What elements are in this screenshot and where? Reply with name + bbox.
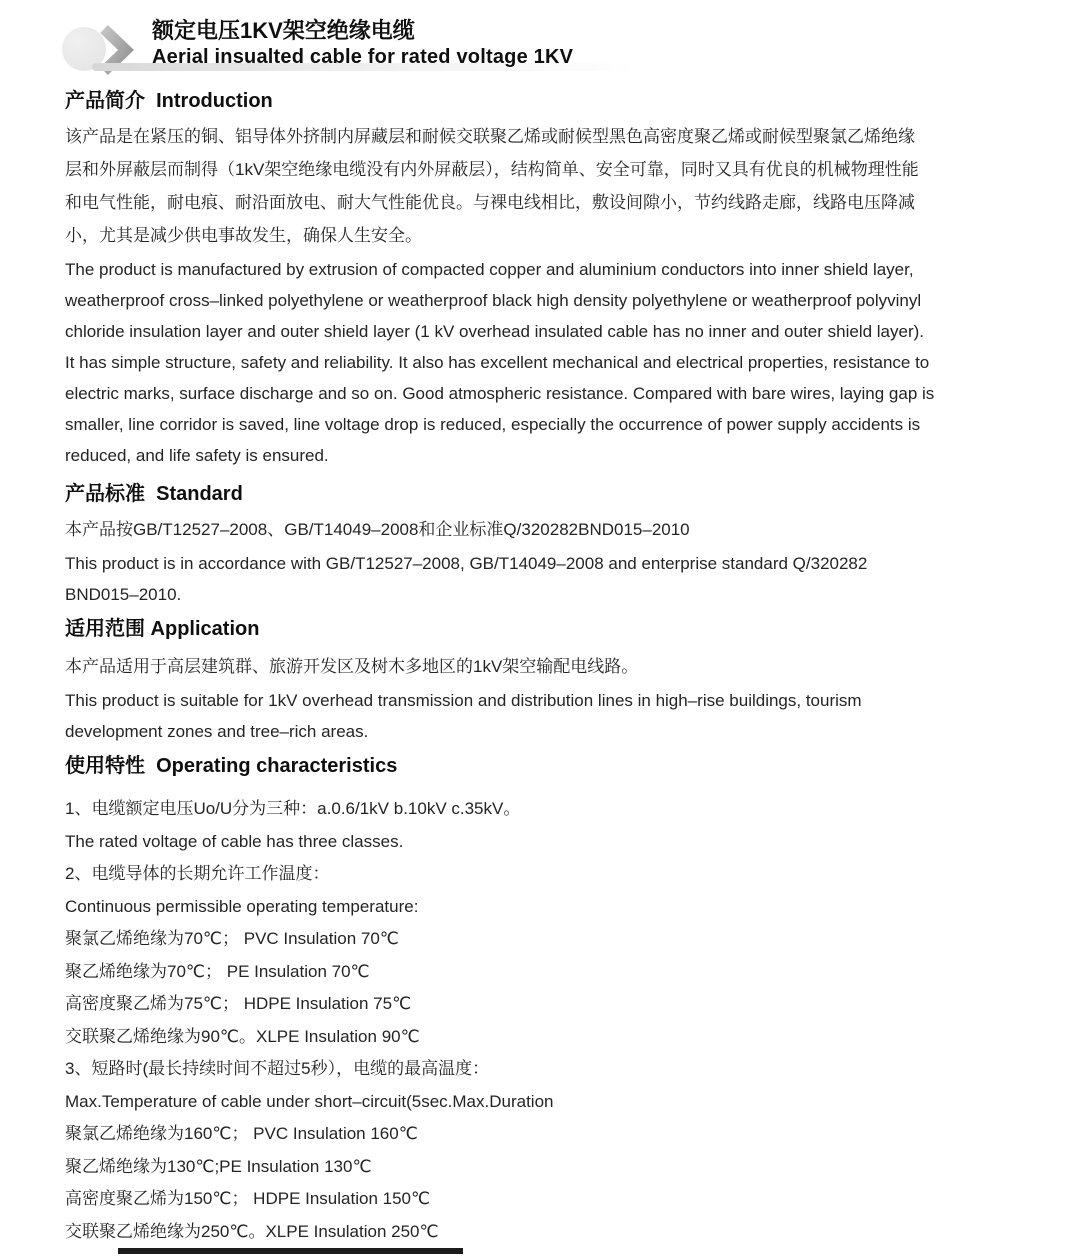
operating-line: 聚氯乙烯绝缘为160℃； PVC Insulation 160℃ — [65, 1118, 1015, 1151]
page-title-zh: 额定电压1KV架空绝缘电缆 — [152, 17, 573, 44]
application-text-zh: 本产品适用于高层建筑群、旅游开发区及树木多地区的1kV架空输配电线路。 — [65, 650, 1015, 683]
introduction-heading: 产品简介 Introduction — [65, 88, 1015, 114]
standard-text-en: This product is in accordance with GB/T1… — [65, 548, 1015, 610]
title-block: 额定电压1KV架空绝缘电缆 Aerial insualted cable for… — [152, 17, 573, 70]
operating-line: Continuous permissible operating tempera… — [65, 891, 1015, 924]
introduction-text-zh: 该产品是在紧压的铜、铝导体外挤制内屏藏层和耐候交联聚乙烯或耐候型黑色高密度聚乙烯… — [65, 120, 1015, 252]
operating-line: 聚氯乙烯绝缘为70℃； PVC Insulation 70℃ — [65, 923, 1015, 956]
catalog-page: 额定电压1KV架空绝缘电缆 Aerial insualted cable for… — [0, 0, 1077, 1257]
introduction-text-en: The product is manufactured by extrusion… — [65, 254, 1015, 471]
section-operating-characteristics: 使用特性 Operating characteristics 1、电缆额定电压U… — [65, 753, 1015, 1248]
standard-text-zh: 本产品按GB/T12527–2008、GB/T14049–2008和企业标准Q/… — [65, 513, 1015, 546]
standard-heading: 产品标准 Standard — [65, 481, 1015, 507]
operating-heading: 使用特性 Operating characteristics — [65, 753, 1015, 779]
operating-line: 交联聚乙烯绝缘为90℃。XLPE Insulation 90℃ — [65, 1021, 1015, 1054]
operating-line: 2、电缆导体的长期允许工作温度： — [65, 858, 1015, 891]
operating-line: 交联聚乙烯绝缘为250℃。XLPE Insulation 250℃ — [65, 1216, 1015, 1249]
operating-line: 聚乙烯绝缘为130℃;PE Insulation 130℃ — [65, 1151, 1015, 1184]
section-standard: 产品标准 Standard 本产品按GB/T12527–2008、GB/T140… — [65, 481, 1015, 610]
operating-line: 1、电缆额定电压Uo/U分为三种：a.0.6/1kV b.10kV c.35kV… — [65, 793, 1015, 826]
operating-line: Max.Temperature of cable under short–cir… — [65, 1086, 1015, 1119]
application-heading: 适用范围 Application — [65, 616, 1015, 642]
operating-line: 高密度聚乙烯为75℃； HDPE Insulation 75℃ — [65, 988, 1015, 1021]
operating-line: 3、短路时(最长持续时间不超过5秒），电缆的最高温度： — [65, 1053, 1015, 1086]
operating-line: 聚乙烯绝缘为70℃； PE Insulation 70℃ — [65, 956, 1015, 989]
operating-line: 高密度聚乙烯为150℃； HDPE Insulation 150℃ — [65, 1183, 1015, 1216]
footer-rule — [118, 1248, 463, 1254]
page-title-en: Aerial insualted cable for rated voltage… — [152, 44, 573, 70]
operating-lines: 1、电缆额定电压Uo/U分为三种：a.0.6/1kV b.10kV c.35kV… — [65, 793, 1015, 1248]
page-content: 产品简介 Introduction 该产品是在紧压的铜、铝导体外挤制内屏藏层和耐… — [65, 84, 1015, 1248]
operating-line: The rated voltage of cable has three cla… — [65, 826, 1015, 859]
section-application: 适用范围 Application 本产品适用于高层建筑群、旅游开发区及树木多地区… — [65, 616, 1015, 747]
application-text-en: This product is suitable for 1kV overhea… — [65, 685, 1015, 747]
section-introduction: 产品简介 Introduction 该产品是在紧压的铜、铝导体外挤制内屏藏层和耐… — [65, 88, 1015, 471]
